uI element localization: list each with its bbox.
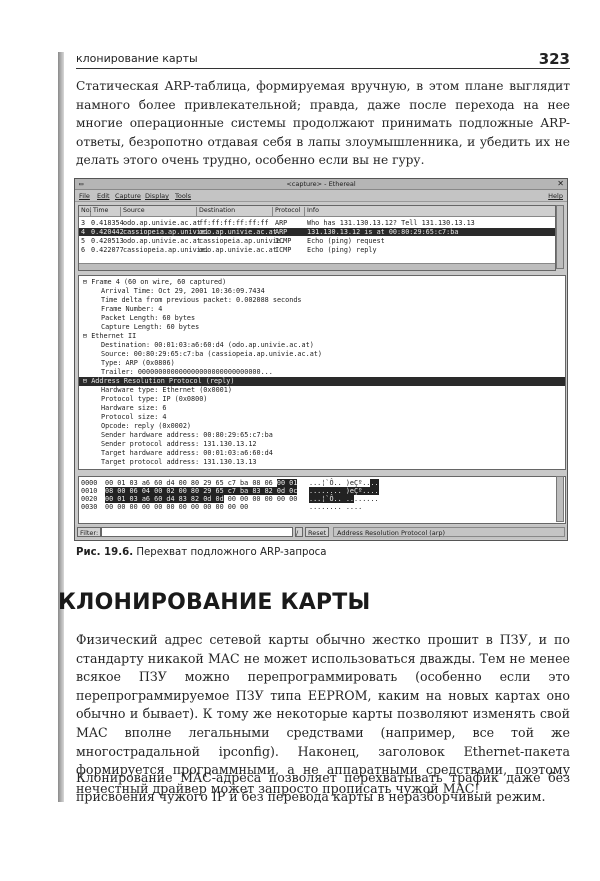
menu-help[interactable]: Help (548, 192, 563, 200)
window-title: <capture> - Ethereal (75, 180, 567, 188)
running-head: клонирование карты 323 (76, 50, 570, 69)
hex-offset: 0020 (81, 495, 97, 503)
detail-text: Trailer: 000000000000000000000000000000.… (101, 368, 273, 376)
hex-bytes: 00 01 03 a6 60 d4 83 82 0d 0d 00 00 00 0… (105, 495, 297, 503)
detail-field[interactable]: Sender protocol address: 131.130.13.12 (101, 440, 257, 449)
close-icon[interactable]: ✕ (557, 179, 564, 188)
hex-offset: 0030 (81, 503, 97, 511)
hex-dump-pane: 000000 01 03 a6 60 d4 00 80 29 65 c7 ba … (78, 476, 566, 524)
detail-text: Hardware type: Ethernet (0x0001) (101, 386, 232, 394)
packet-info: 131.130.13.12 is at 00:80:29:65:c7:ba (307, 228, 458, 236)
packet-no: 5 (81, 237, 85, 245)
column-protocol[interactable]: Protocol (273, 207, 305, 216)
column-source[interactable]: Source (121, 207, 197, 216)
column-no[interactable]: No. (79, 207, 91, 216)
detail-text: Time delta from previous packet: 0.00208… (101, 296, 302, 304)
detail-field[interactable]: Destination: 00:01:03:a6:60:d4 (odo.ap.u… (101, 341, 314, 350)
packet-protocol: ARP (275, 228, 287, 236)
hex-ascii: ...¦`Ô.. ........ (309, 495, 379, 503)
detail-text: Ethernet II (91, 332, 136, 340)
packet-destination: odo.ap.univie.ac.at (199, 228, 277, 236)
detail-text: Address Resolution Protocol (reply) (91, 377, 234, 385)
detail-text: Opcode: reply (0x0002) (101, 422, 191, 430)
packet-details-pane: ⊟ Frame 4 (60 on wire, 60 captured)Arriv… (78, 275, 566, 470)
tree-toggle-icon[interactable]: ⊟ (83, 377, 91, 385)
hex-ascii: ...¦`Ô.. )eÇº.... (309, 479, 379, 487)
figure-caption: Рис. 19.6. Перехват подложного ARP-запро… (76, 547, 327, 558)
packet-list-header: No. Time Source Destination Protocol Inf… (79, 206, 555, 217)
window-titlebar: ▭ <capture> - Ethereal ✕ (75, 179, 567, 190)
detail-text: Target hardware address: 00:01:03:a6:60:… (101, 449, 273, 457)
packet-source: odo.ap.univie.ac.at (123, 219, 201, 227)
detail-text: Source: 00:80:29:65:c7:ba (cassiopeia.ap… (101, 350, 322, 358)
page-number: 323 (539, 50, 570, 68)
detail-field[interactable]: Frame Number: 4 (101, 305, 162, 314)
tree-toggle-icon[interactable]: ⊟ (83, 278, 91, 286)
menu-tools[interactable]: Tools (175, 192, 191, 200)
reset-button[interactable]: Reset (305, 527, 329, 537)
detail-text: Target protocol address: 131.130.13.13 (101, 458, 257, 466)
packet-time: 0.418354 (91, 219, 124, 227)
filter-bar: Filter: / Reset Address Resolution Proto… (75, 525, 567, 539)
detail-field[interactable]: Protocol size: 4 (101, 413, 166, 422)
detail-field[interactable]: Hardware size: 6 (101, 404, 166, 413)
packet-time: 0.422077 (91, 246, 124, 254)
body-paragraph-2: Клонирование MAC-адреса позволяет перехв… (76, 769, 570, 806)
hex-bytes: 00 00 00 00 00 00 00 00 00 00 00 00 (105, 503, 248, 511)
hex-offset: 0000 (81, 479, 97, 487)
detail-tree-node[interactable]: ⊟ Frame 4 (60 on wire, 60 captured) (83, 278, 226, 287)
detail-text: Type: ARP (0x0806) (101, 359, 175, 367)
detail-tree-node[interactable]: ⊟ Address Resolution Protocol (reply) (79, 377, 565, 386)
packet-protocol: ICMP (275, 246, 291, 254)
detail-field[interactable]: Capture Length: 60 bytes (101, 323, 199, 332)
detail-text: Sender hardware address: 00:80:29:65:c7:… (101, 431, 273, 439)
packet-row[interactable]: 60.422077cassiopeia.ap.univie.odo.ap.uni… (79, 246, 555, 254)
column-destination[interactable]: Destination (197, 207, 273, 216)
detail-text: Capture Length: 60 bytes (101, 323, 199, 331)
detail-field[interactable]: Trailer: 000000000000000000000000000000.… (101, 368, 273, 377)
page-binding-edge (58, 52, 64, 802)
detail-field[interactable]: Target protocol address: 131.130.13.13 (101, 458, 257, 467)
tree-toggle-icon[interactable]: ⊟ (83, 332, 91, 340)
packet-list-hscrollbar[interactable] (79, 263, 555, 270)
hex-bytes: 00 01 03 a6 60 d4 00 80 29 65 c7 ba 08 0… (105, 479, 297, 487)
detail-text: Destination: 00:01:03:a6:60:d4 (odo.ap.u… (101, 341, 314, 349)
menu-capture[interactable]: Capture (115, 192, 141, 200)
detail-tree-node[interactable]: ⊟ Ethernet II (83, 332, 136, 341)
detail-text: Hardware size: 6 (101, 404, 166, 412)
column-time[interactable]: Time (91, 207, 121, 216)
packet-protocol: ICMP (275, 237, 291, 245)
packet-protocol: ARP (275, 219, 287, 227)
menu-display[interactable]: Display (145, 192, 169, 200)
slash-icon[interactable]: / (295, 527, 303, 537)
hex-ascii: ........ )eÇº.... (309, 487, 379, 495)
packet-info: Who has 131.130.13.12? Tell 131.130.13.1… (307, 219, 475, 227)
detail-field[interactable]: Hardware type: Ethernet (0x0001) (101, 386, 232, 395)
intro-paragraph: Статическая ARP-таблица, формируемая вру… (76, 77, 570, 170)
packet-row[interactable]: 50.420513odo.ap.univie.ac.atcassiopeia.a… (79, 237, 555, 245)
packet-time: 0.420442 (91, 228, 124, 236)
packet-source: odo.ap.univie.ac.at (123, 237, 201, 245)
detail-field[interactable]: Protocol type: IP (0x0800) (101, 395, 207, 404)
packet-no: 6 (81, 246, 85, 254)
detail-text: Sender protocol address: 131.130.13.12 (101, 440, 257, 448)
packet-time: 0.420513 (91, 237, 124, 245)
status-bar: Address Resolution Protocol (arp) (333, 527, 565, 537)
figure-caption-text: Перехват подложного ARP-запроса (136, 547, 326, 558)
packet-info: Echo (ping) reply (307, 246, 377, 254)
figure-caption-label: Рис. 19.6. (76, 547, 133, 558)
detail-text: Arrival Time: Oct 29, 2001 10:36:09.7434 (101, 287, 265, 295)
detail-field[interactable]: Target hardware address: 00:01:03:a6:60:… (101, 449, 273, 458)
packet-list: No. Time Source Destination Protocol Inf… (78, 205, 556, 271)
filter-input[interactable] (101, 527, 293, 537)
packet-list-vscrollbar[interactable] (556, 205, 564, 269)
detail-field[interactable]: Sender hardware address: 00:80:29:65:c7:… (101, 431, 273, 440)
section-heading: КЛОНИРОВАНИЕ КАРТЫ (58, 590, 370, 615)
detail-field[interactable]: Time delta from previous packet: 0.00208… (101, 296, 302, 305)
packet-row[interactable]: 30.418354odo.ap.univie.ac.atff:ff:ff:ff:… (79, 219, 555, 227)
detail-field[interactable]: Source: 00:80:29:65:c7:ba (cassiopeia.ap… (101, 350, 322, 359)
detail-text: Frame Number: 4 (101, 305, 162, 313)
menu-edit[interactable]: Edit (97, 192, 110, 200)
packet-no: 3 (81, 219, 85, 227)
hex-ascii: ........ .... (309, 503, 362, 511)
detail-field[interactable]: Opcode: reply (0x0002) (101, 422, 191, 431)
packet-source: cassiopeia.ap.univie. (123, 246, 209, 254)
hex-vscrollbar[interactable] (556, 476, 564, 522)
detail-text: Protocol type: IP (0x0800) (101, 395, 207, 403)
detail-field[interactable]: Packet Length: 60 bytes (101, 314, 195, 323)
packet-destination: cassiopeia.ap.univie. (199, 237, 285, 245)
detail-field[interactable]: Type: ARP (0x0806) (101, 359, 175, 368)
running-head-title: клонирование карты (76, 52, 198, 65)
packet-source: cassiopeia.ap.univie. (123, 228, 209, 236)
detail-text: Frame 4 (60 on wire, 60 captured) (91, 278, 226, 286)
packet-no: 4 (81, 228, 85, 236)
menu-bar: File Edit Capture Display Tools Help (75, 190, 567, 202)
packet-row[interactable]: 40.420442cassiopeia.ap.univie.odo.ap.uni… (79, 228, 555, 236)
detail-text: Packet Length: 60 bytes (101, 314, 195, 322)
detail-field[interactable]: Arrival Time: Oct 29, 2001 10:36:09.7434 (101, 287, 265, 296)
detail-text: Protocol size: 4 (101, 413, 166, 421)
filter-button[interactable]: Filter: (77, 527, 101, 537)
packet-destination: ff:ff:ff:ff:ff:ff (199, 219, 269, 227)
column-info[interactable]: Info (305, 207, 555, 216)
hex-bytes: 08 00 06 04 00 02 00 80 29 65 c7 ba 83 8… (105, 487, 297, 495)
packet-info: Echo (ping) request (307, 237, 385, 245)
menu-file[interactable]: File (79, 192, 90, 200)
ethereal-window: ▭ <capture> - Ethereal ✕ File Edit Captu… (74, 178, 568, 541)
packet-destination: odo.ap.univie.ac.at (199, 246, 277, 254)
hex-offset: 0010 (81, 487, 97, 495)
